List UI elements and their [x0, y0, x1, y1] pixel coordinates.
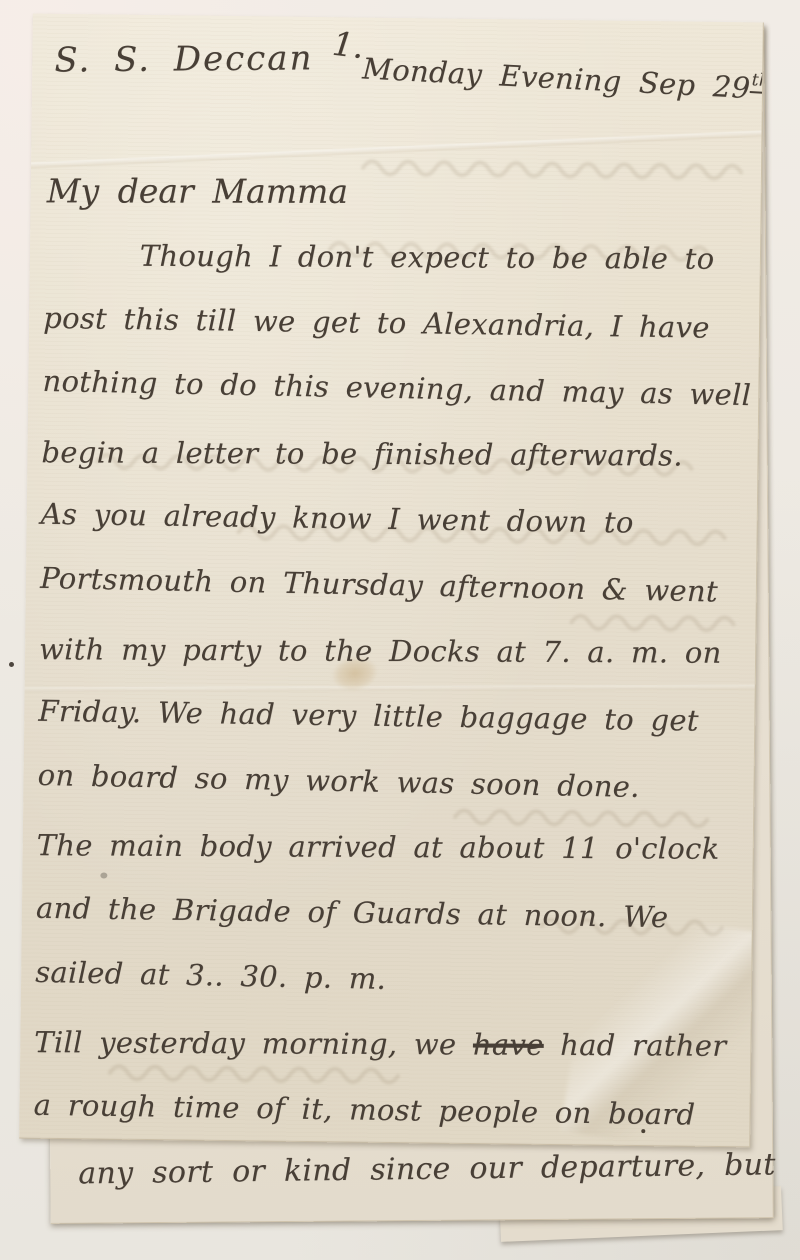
dust-speck [9, 662, 14, 667]
struck-out-word: have [473, 1028, 544, 1062]
page-number: 1. [330, 24, 366, 66]
letter-page: S. S. Deccan 1. Monday Evening Sep 29th/… [19, 14, 764, 1148]
ship-name: S. S. Deccan [54, 38, 313, 80]
letter-line: with my party to the Docks at 7. a. m. o… [39, 632, 751, 701]
fold-crease [20, 129, 764, 169]
date-superscript: th [750, 70, 764, 94]
date-text: Monday Evening Sep 29 [362, 51, 752, 105]
letter-line: sailed at 3.. 30. p. m. [34, 954, 747, 1034]
letter-body: Though I don't expect to be able to post… [33, 236, 756, 1148]
second-sheet-line: any sort or kind since our departure, bu… [78, 1147, 776, 1191]
letter-line: As you already know I went down to [40, 497, 753, 573]
amended-after: had rather [544, 1028, 727, 1063]
letter-line: Portsmouth on Thursday afternoon & went [39, 561, 752, 641]
letter-line-amended: Till yesterday morning, we have had rath… [34, 1025, 746, 1094]
date-line: Monday Evening Sep 29th/84. [362, 50, 764, 110]
letter-line: nothing to do this evening, and may as w… [42, 364, 755, 444]
letter-line: The main body arrived at about 11 o'cloc… [36, 829, 748, 898]
letter-line: Friday. We had very little baggage to ge… [38, 694, 751, 770]
scanned-letter-photo: any sort or kind since our departure, bu… [0, 0, 800, 1260]
letter-line: a rough time of it, most people on board [33, 1087, 746, 1147]
letter-line: begin a letter to be finished afterwards… [41, 435, 753, 504]
salutation: My dear Mamma [47, 171, 348, 211]
letter-line: and the Brigade of Guards at noon. We [35, 891, 748, 967]
amended-before: Till yesterday morning, we [34, 1025, 473, 1061]
letter-line: on board so my work was soon done. [37, 758, 750, 838]
letter-line: Though I don't expect to be able to [44, 238, 756, 307]
